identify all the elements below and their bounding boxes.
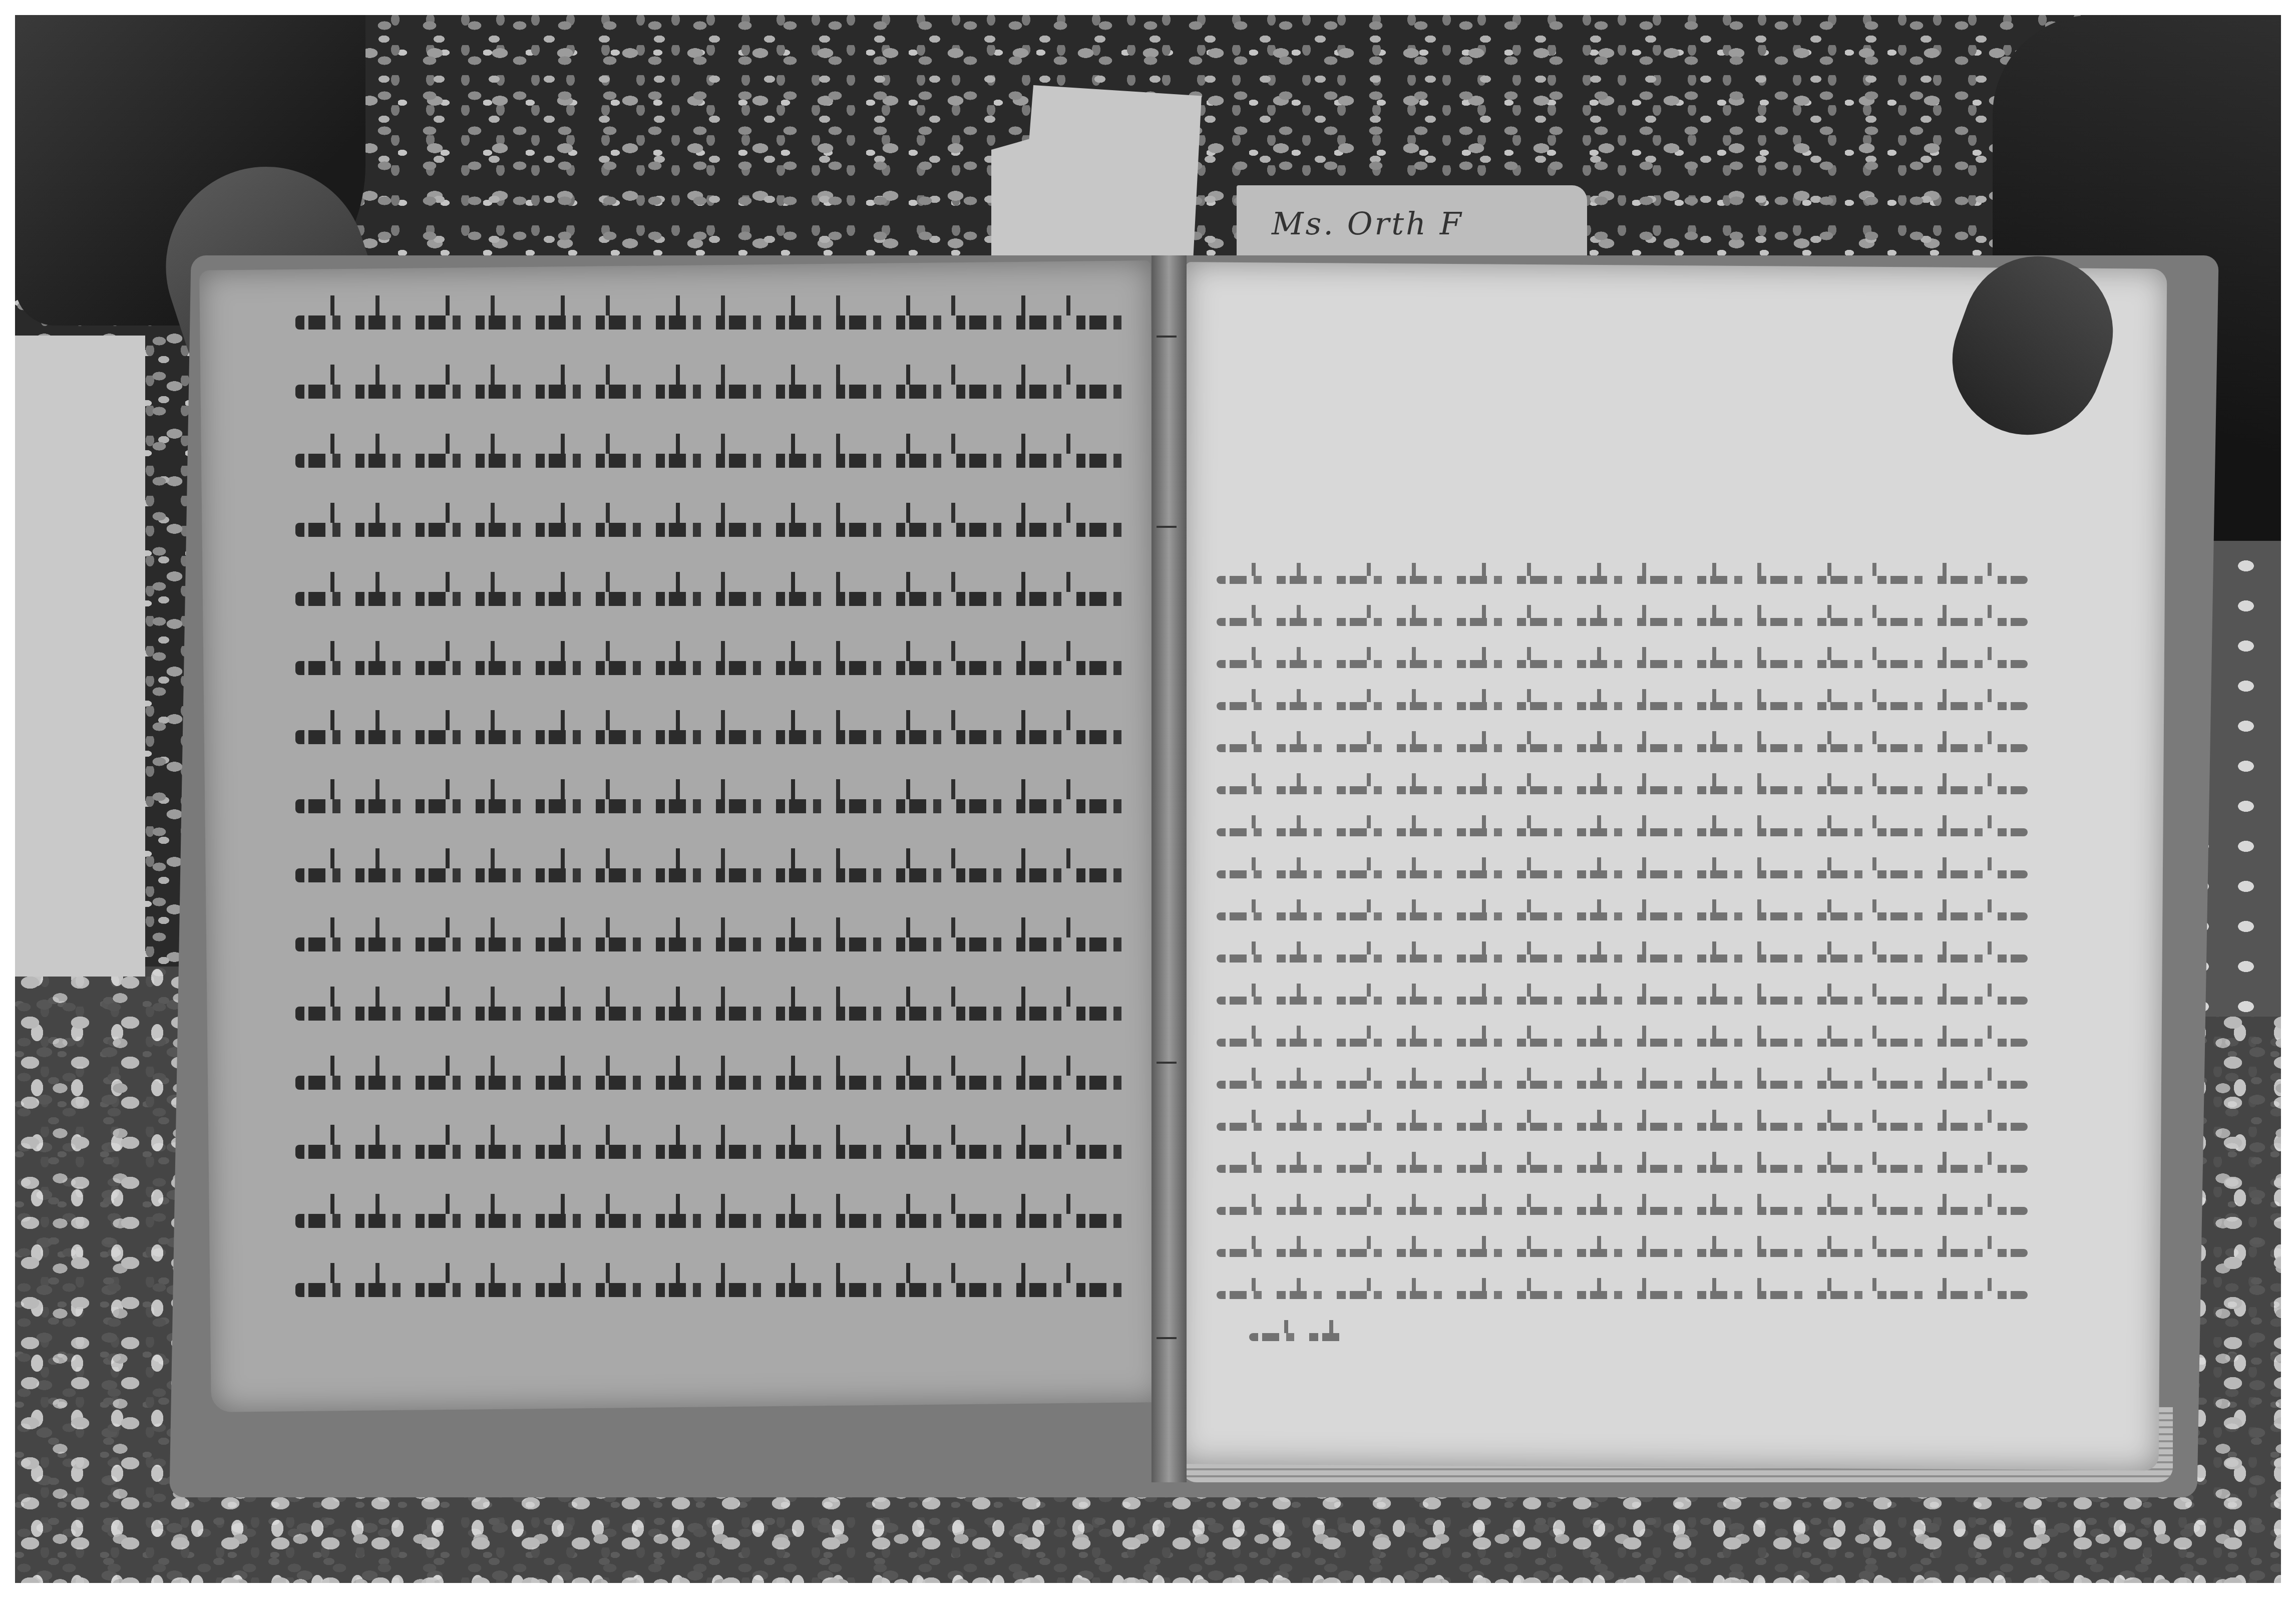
manuscript-line bbox=[1217, 954, 2028, 963]
manuscript-line bbox=[295, 661, 1126, 675]
manuscript-line bbox=[1217, 1123, 2028, 1131]
manuscript-line bbox=[295, 868, 1126, 882]
manuscript-line bbox=[295, 592, 1126, 606]
right-page-text bbox=[1217, 576, 2028, 1375]
manuscript-line bbox=[295, 1007, 1126, 1021]
manuscript-line bbox=[295, 454, 1126, 468]
manuscript-line bbox=[295, 730, 1126, 744]
book-spine bbox=[1152, 255, 1187, 1482]
manuscript-line bbox=[1217, 660, 2028, 668]
manuscript-line bbox=[1217, 786, 2028, 794]
manuscript-line bbox=[295, 1283, 1126, 1297]
manuscript-line bbox=[1217, 1249, 2028, 1257]
manuscript-line bbox=[295, 799, 1126, 813]
manuscript-line bbox=[295, 1076, 1126, 1090]
manuscript-line bbox=[295, 523, 1126, 537]
manuscript-photograph: Ms. Orth F bbox=[15, 15, 2281, 1583]
manuscript-line bbox=[295, 937, 1126, 951]
manuscript-line bbox=[1217, 912, 2028, 920]
manuscript-line bbox=[1217, 870, 2028, 878]
manuscript-line bbox=[1217, 1039, 2028, 1047]
manuscript-line bbox=[295, 315, 1126, 330]
loose-paper-sheet bbox=[15, 336, 145, 977]
manuscript-line bbox=[1217, 744, 2028, 752]
manuscript-line bbox=[1217, 828, 2028, 836]
manuscript-line bbox=[1217, 1291, 2028, 1299]
binding-stitch bbox=[1157, 526, 1177, 528]
manuscript-line bbox=[295, 1214, 1126, 1228]
manuscript-line bbox=[295, 1145, 1126, 1159]
manuscript-line bbox=[1249, 1333, 1346, 1341]
manuscript-line bbox=[1217, 576, 2028, 584]
manuscript-line bbox=[1217, 997, 2028, 1005]
shelfmark-label: Ms. Orth F bbox=[1272, 205, 1463, 242]
manuscript-line bbox=[1217, 618, 2028, 626]
binding-stitch bbox=[1157, 1062, 1177, 1064]
left-page-text bbox=[295, 315, 1126, 1352]
manuscript-line bbox=[1217, 1081, 2028, 1089]
manuscript-line bbox=[1217, 702, 2028, 710]
binding-stitch bbox=[1157, 336, 1177, 338]
manuscript-line bbox=[1217, 1165, 2028, 1173]
binding-stitch bbox=[1157, 1337, 1177, 1339]
manuscript-line bbox=[295, 385, 1126, 399]
manuscript-line bbox=[1217, 1207, 2028, 1215]
